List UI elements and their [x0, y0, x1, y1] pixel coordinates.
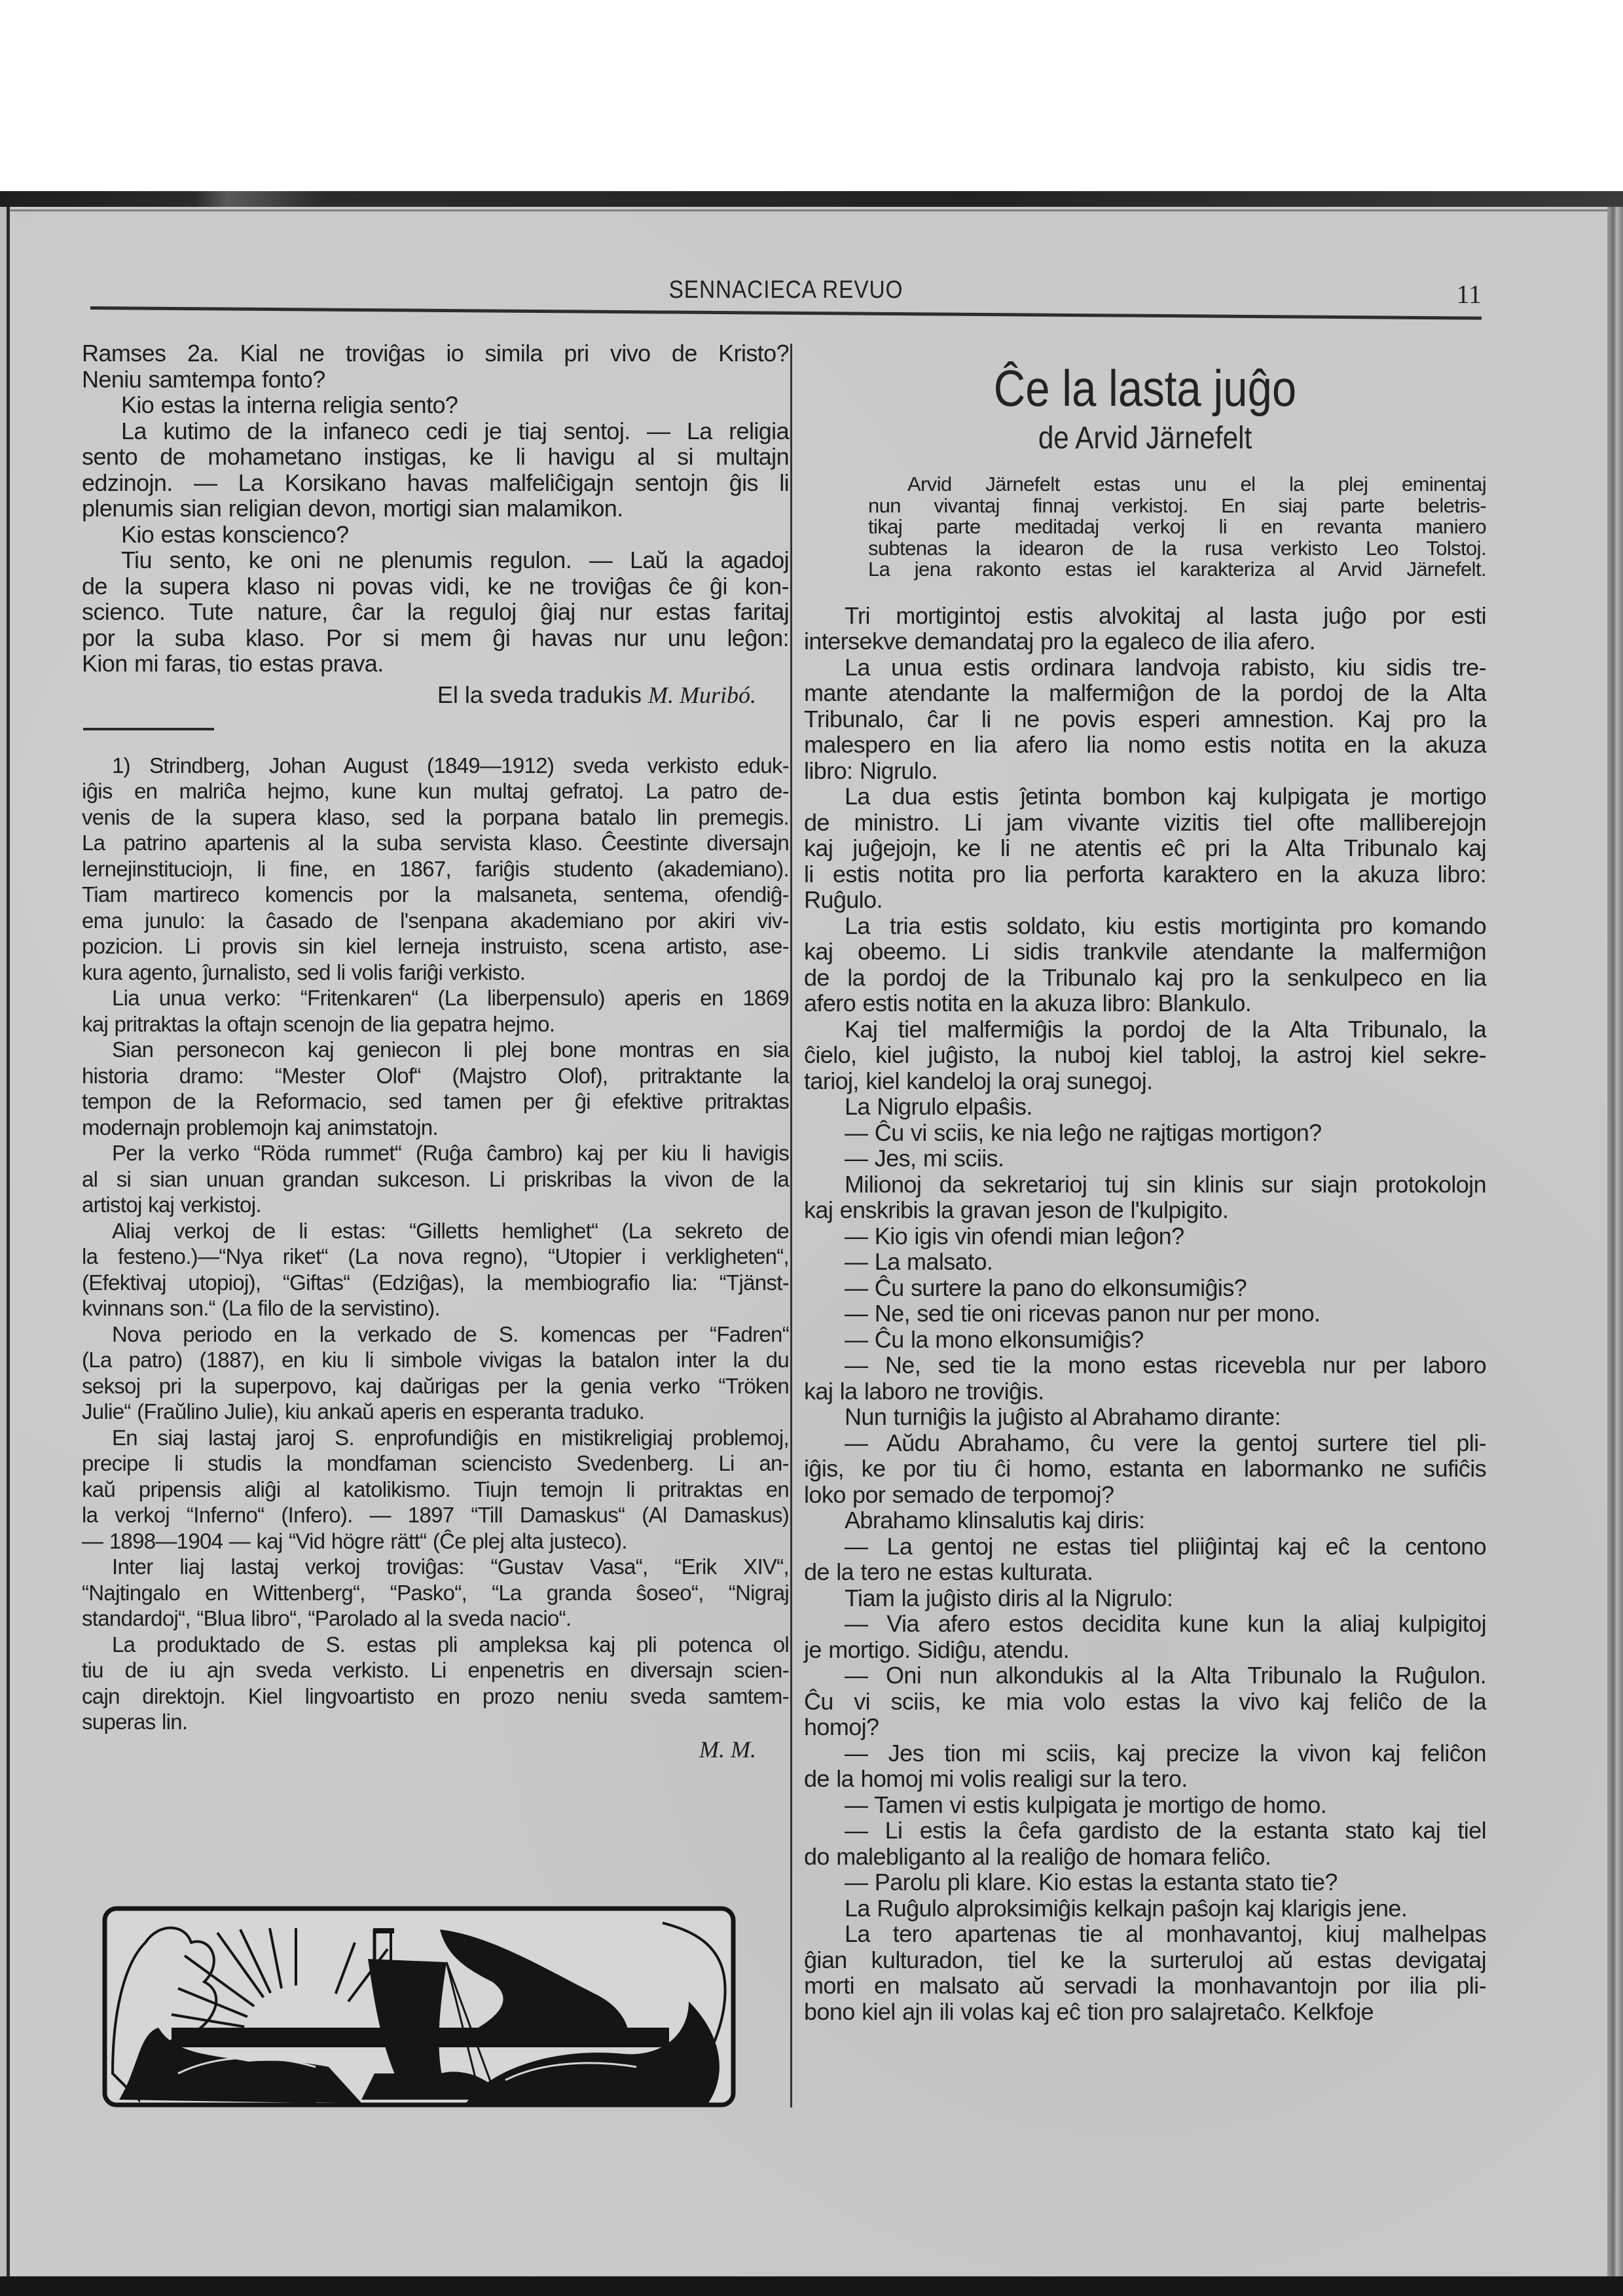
paragraph: — Ĉu la mono elkonsumiĝis?: [804, 1327, 1486, 1353]
text-line: pozicion. Li provis sin kiel lerneja ins…: [82, 933, 789, 960]
text-line: La tero apartenas tie al monhavantoj, ki…: [804, 1921, 1486, 1947]
text-line: — 1898—1904 — kaj “Vid högre rätt“ (Ĉe p…: [82, 1528, 789, 1554]
text-line: — Kio igis vin ofendi mian leĝon?: [804, 1223, 1486, 1249]
text-line: (Efektivaj utopioj), “Giftas“ (Edziĝas),…: [82, 1270, 789, 1296]
text-line: bono kiel ajn ili volas kaj eĉ tion pro …: [804, 1999, 1486, 2025]
text-line: ĉielo, kiel juĝisto, la nuboj kiel tablo…: [804, 1042, 1486, 1068]
text-line: cajn direktojn. Kiel lingvoartisto en pr…: [82, 1683, 789, 1710]
intro-line: tikaj parte meditadaj verkoj li en revan…: [868, 516, 1486, 538]
page-top-edge: [10, 209, 1607, 211]
text-line: La kutimo de la infaneco cedi je tiaj se…: [82, 418, 789, 444]
text-line: En siaj lastaj jaroj S. enprofundiĝis en…: [82, 1425, 789, 1451]
paragraph: Milionoj da sekretarioj tuj sin klinis s…: [804, 1172, 1486, 1223]
text-line: “Najtingalo en Wittenberg“, “Pasko“, “La…: [82, 1580, 789, 1606]
text-line: — Via afero estos decidita kune kun la a…: [804, 1611, 1486, 1637]
paragraph: Abrahamo klinsalutis kaj diris:: [804, 1507, 1486, 1534]
paragraph: Kaj tiel malfermiĝis la pordoj de la Alt…: [804, 1016, 1486, 1094]
text-line: venis de la supera klaso, sed la porpana…: [82, 804, 789, 831]
story-introduction: Arvid Järnefelt estas unu el la plej emi…: [868, 474, 1486, 581]
text-line: kaŭ pripensis aliĝi al katolikismo. Tiuj…: [82, 1477, 789, 1503]
paragraph: La produktado de S. estas pli ampleksa k…: [82, 1632, 789, 1735]
text-line: Kaj tiel malfermiĝis la pordoj de la Alt…: [804, 1016, 1486, 1043]
text-line: — La gentoj ne estas tiel pliiĝintaj kaj…: [804, 1534, 1486, 1560]
text-line: Per la verko “Röda rummet“ (Ruĝa ĉambro)…: [82, 1140, 789, 1166]
text-line: Tiu sento, ke oni ne plenumis regulon. —…: [82, 547, 789, 573]
paragraph: — Oni nun alkondukis al la Alta Tribunal…: [804, 1662, 1486, 1740]
text-line: de la tero ne estas kulturata.: [804, 1559, 1486, 1585]
paragraph: — Ĉu surtere la pano do elkonsumiĝis?: [804, 1275, 1486, 1301]
text-line: standardoj“, “Blua libro“, “Parolado al …: [82, 1605, 789, 1632]
paragraph: Tiu sento, ke oni ne plenumis regulon. —…: [82, 547, 789, 677]
paragraph: Aliaj verkoj de li estas: “Gilletts heml…: [82, 1218, 789, 1321]
story-author: de Arvid Järnefelt: [845, 420, 1446, 457]
text-line: ĝian kulturadon, tiel ke la surteruloj a…: [804, 1947, 1486, 1973]
text-line: do malebliganto al la realiĝo de homara …: [804, 1844, 1486, 1870]
text-line: — Li estis la ĉefa gardisto de la estant…: [804, 1818, 1486, 1844]
text-line: Sian personecon kaj geniecon li plej bon…: [82, 1037, 789, 1063]
text-line: de la pordoj de la Tribunalo kaj pro la …: [804, 965, 1486, 991]
page-number: 11: [1456, 279, 1482, 310]
text-line: — Tamen vi estis kulpigata je mortigo de…: [804, 1792, 1486, 1818]
text-line: kura agento, ĵurnalisto, sed li volis fa…: [82, 960, 789, 986]
footnote-separator: [83, 728, 214, 730]
text-line: — Ĉu vi sciis, ke nia leĝo ne rajtigas m…: [804, 1120, 1486, 1146]
translator-prefix: El la sveda tradukis: [437, 681, 642, 708]
text-line: — Ne, sed tie oni ricevas panon nur per …: [804, 1300, 1486, 1327]
sailing-ship-woodcut-icon: [100, 1903, 744, 2113]
text-line: kaj la laboro ne troviĝis.: [804, 1378, 1486, 1405]
text-line: La produktado de S. estas pli ampleksa k…: [82, 1632, 789, 1658]
page-right-edge: [1607, 207, 1623, 2276]
paragraph: — Aŭdu Abrahamo, ĉu vere la gentoj surte…: [804, 1430, 1486, 1508]
text-line: lernejinstituciojn, li fine, en 1867, fa…: [82, 856, 789, 882]
text-line: kaj juĝejojn, ke li ne atentis eĉ pri la…: [804, 835, 1486, 861]
text-line: kaj obeemo. Li sidis trankvile atendante…: [804, 939, 1486, 965]
paragraph: — Tamen vi estis kulpigata je mortigo de…: [804, 1792, 1486, 1818]
strindberg-story-ending: Ramses 2a. Kial ne troviĝas io simila pr…: [82, 340, 789, 677]
paragraph: — Kio igis vin ofendi mian leĝon?: [804, 1223, 1486, 1249]
text-line: Ruĝulo.: [804, 887, 1486, 913]
text-line: je mortigo. Sidiĝu, atendu.: [804, 1637, 1486, 1663]
text-line: Tiam la juĝisto diris al la Nigrulo:: [804, 1585, 1486, 1611]
paragraph: — Via afero estos decidita kune kun la a…: [804, 1611, 1486, 1662]
paragraph: — La malsato.: [804, 1249, 1486, 1275]
paragraph: — Li estis la ĉefa gardisto de la estant…: [804, 1818, 1486, 1869]
text-line: — Ĉu la mono elkonsumiĝis?: [804, 1327, 1486, 1353]
text-line: intersekve demandataj pro la egaleco de …: [804, 628, 1486, 655]
text-line: loko por semado de terpomoj?: [804, 1482, 1486, 1508]
text-line: ema junulo: la ĉasado de l'senpana akade…: [82, 908, 789, 934]
intro-line: La jena rakonto estas iel karakteriza al…: [868, 559, 1486, 581]
text-line: — Ĉu surtere la pano do elkonsumiĝis?: [804, 1275, 1486, 1301]
text-line: Nun turniĝis la juĝisto al Abrahamo dira…: [804, 1404, 1486, 1430]
text-line: La Nigrulo elpaŝis.: [804, 1094, 1486, 1120]
text-line: Aliaj verkoj de li estas: “Gilletts heml…: [82, 1218, 789, 1244]
intro-line: nun vivantaj finnaj verkistoj. En siaj p…: [868, 495, 1486, 517]
paragraph: — Jes, mi sciis.: [804, 1145, 1486, 1172]
text-line: Kion mi faras, tio estas prava.: [82, 651, 789, 677]
left-column: Ramses 2a. Kial ne troviĝas io simila pr…: [82, 340, 789, 1763]
text-line: scienco. Tute nature, ĉar la reguloj ĝia…: [82, 599, 789, 625]
text-line: la festeno.)—“Nya riket“ (La nova regno)…: [82, 1244, 789, 1270]
paragraph: — Ĉu vi sciis, ke nia leĝo ne rajtigas m…: [804, 1120, 1486, 1146]
text-line: artistoj kaj verkistoj.: [82, 1192, 789, 1218]
paragraph: La Ruĝulo alproksimiĝis kelkajn paŝojn k…: [804, 1895, 1486, 1922]
text-line: Kio estas konscienco?: [82, 522, 789, 548]
text-line: Milionoj da sekretarioj tuj sin klinis s…: [804, 1172, 1486, 1198]
text-line: homoj?: [804, 1714, 1486, 1740]
scan-border-bottom: [0, 2276, 1623, 2296]
text-line: Tiam martireco komencis por la malsaneta…: [82, 882, 789, 908]
paragraph: La kutimo de la infaneco cedi je tiaj se…: [82, 418, 789, 522]
text-line: morti en malsato aŭ servadi la monhavant…: [804, 1973, 1486, 1999]
text-line: edzinojn. — La Korsikano havas malfeliĉi…: [82, 470, 789, 496]
text-line: mante atendante la malfermiĝon de la por…: [804, 680, 1486, 706]
text-line: kaj enskribis la gravan jeson de l'kulpi…: [804, 1197, 1486, 1223]
paragraph: — Ne, sed tie oni ricevas panon nur per …: [804, 1300, 1486, 1327]
paragraph: Ramses 2a. Kial ne troviĝas io simila pr…: [82, 340, 789, 392]
story-title: Ĉe la lasta juĝo: [852, 359, 1438, 418]
text-line: La patrino apartenis al la suba servista…: [82, 830, 789, 856]
text-line: — Aŭdu Abrahamo, ĉu vere la gentoj surte…: [804, 1430, 1486, 1456]
intro-line: subtenas la idearon de la rusa verkisto …: [868, 538, 1486, 560]
text-line: al si sian unuan grandan sukceson. Li pr…: [82, 1166, 789, 1193]
text-line: de ministro. Li jam vivante vizitis tiel…: [804, 810, 1486, 836]
text-line: de la homoj mi volis realigi sur la tero…: [804, 1766, 1486, 1792]
text-line: iĝis, ke por tiu ĉi homo, estanta en lab…: [804, 1456, 1486, 1482]
text-line: sento de mohametano instigas, ke li havi…: [82, 444, 789, 470]
text-line: Abrahamo klinsalutis kaj diris:: [804, 1507, 1486, 1534]
paragraph: La tero apartenas tie al monhavantoj, ki…: [804, 1921, 1486, 2024]
intro-line: Arvid Järnefelt estas unu el la plej emi…: [868, 474, 1486, 495]
paragraph: Lia unua verko: “Fritenkaren“ (La liberp…: [82, 985, 789, 1037]
paragraph: Inter liaj lastaj verkoj troviĝas: “Gust…: [82, 1554, 789, 1632]
column-divider: [790, 344, 792, 2108]
paragraph: La dua estis ĵetinta bombon kaj kulpigat…: [804, 783, 1486, 913]
paragraph: Per la verko “Röda rummet“ (Ruĝa ĉambro)…: [82, 1140, 789, 1218]
paragraph: La unua estis ordinara landvoja rabisto,…: [804, 655, 1486, 784]
strindberg-biography-footnote: 1) Strindberg, Johan August (1849—1912) …: [82, 753, 789, 1735]
paragraph: 1) Strindberg, Johan August (1849—1912) …: [82, 753, 789, 986]
text-line: (La patro) (1887), en kiu li simbole viv…: [82, 1347, 789, 1373]
paragraph: Nun turniĝis la juĝisto al Abrahamo dira…: [804, 1404, 1486, 1430]
text-line: La unua estis ordinara landvoja rabisto,…: [804, 655, 1486, 681]
text-line: Ramses 2a. Kial ne troviĝas io simila pr…: [82, 340, 789, 367]
text-line: Tri mortigintoj estis alvokitaj al lasta…: [804, 603, 1486, 629]
text-line: kaj pritraktas la oftajn scenojn de lia …: [82, 1011, 789, 1037]
text-line: — Oni nun alkondukis al la Alta Tribunal…: [804, 1662, 1486, 1689]
text-line: tempon de la Reformacio, sed tamen per ĝ…: [82, 1088, 789, 1115]
paragraph: — Parolu pli klare. Kio estas la estanta…: [804, 1869, 1486, 1895]
paragraph: — La gentoj ne estas tiel pliiĝintaj kaj…: [804, 1534, 1486, 1585]
paragraph: La tria estis soldato, kiu estis mortigi…: [804, 913, 1486, 1016]
text-line: precipe li studis la mondfaman sciencist…: [82, 1450, 789, 1477]
text-line: modernajn problemojn kaj animstatojn.: [82, 1115, 789, 1141]
paragraph: Sian personecon kaj geniecon li plej bon…: [82, 1037, 789, 1140]
text-line: Lia unua verko: “Fritenkaren“ (La liberp…: [82, 985, 789, 1011]
story-body: Tri mortigintoj estis alvokitaj al lasta…: [804, 603, 1486, 2025]
text-line: Neniu samtempa fonto?: [82, 367, 789, 393]
text-line: afero estis notita en la akuza libro: Bl…: [804, 990, 1486, 1016]
text-line: de la supera klaso ni povas vidi, ke ne …: [82, 573, 789, 600]
publication-title: SENNACIECA REVUO: [174, 276, 1398, 304]
text-line: Kio estas la interna religia sento?: [82, 392, 789, 418]
text-line: kvinnans son.“ (La filo de la servistino…: [82, 1295, 789, 1321]
text-line: Julie“ (Fraŭlino Julie), kiu ankaŭ aperi…: [82, 1399, 789, 1425]
text-line: Tribunalo, ĉar li ne povis esperi amnest…: [804, 706, 1486, 732]
text-line: — Parolu pli klare. Kio estas la estanta…: [804, 1869, 1486, 1895]
text-line: por la suba klaso. Por si mem ĝi havas n…: [82, 625, 789, 651]
paragraph: Tiam la juĝisto diris al la Nigrulo:: [804, 1585, 1486, 1611]
previous-page-edge: [0, 207, 10, 2276]
paragraph: Kio estas la interna religia sento?: [82, 392, 789, 418]
text-line: La Ruĝulo alproksimiĝis kelkajn paŝojn k…: [804, 1895, 1486, 1922]
right-column: Ĉe la lasta juĝo de Arvid Järnefelt Arvi…: [804, 340, 1486, 2024]
text-line: tiu de iu ajn sveda verkisto. Li enpenet…: [82, 1657, 789, 1683]
text-line: malespero en lia afero lia nomo estis no…: [804, 732, 1486, 758]
text-line: 1) Strindberg, Johan August (1849—1912) …: [82, 753, 789, 779]
text-line: libro: Nigrulo.: [804, 758, 1486, 784]
text-line: superas lin.: [82, 1709, 789, 1735]
text-line: Nova periodo en la verkado de S. komenca…: [82, 1321, 789, 1348]
translator-name: M. Muribó.: [648, 682, 756, 708]
text-line: La dua estis ĵetinta bombon kaj kulpigat…: [804, 783, 1486, 810]
text-line: la verkoj “Inferno“ (Infero). — 1897 “Ti…: [82, 1502, 789, 1528]
text-line: seksoj pri la superpovo, kaj daŭrigas pe…: [82, 1373, 789, 1399]
text-line: Ĉu vi sciis, ke mia volo estas la vivo k…: [804, 1689, 1486, 1715]
text-line: La tria estis soldato, kiu estis mortigi…: [804, 913, 1486, 939]
text-line: — Jes, mi sciis.: [804, 1145, 1486, 1172]
text-line: plenumis sian religian devon, mortigi si…: [82, 495, 789, 522]
text-line: li estis notita pro lia perforta karakte…: [804, 861, 1486, 888]
footnote-signature: M. M.: [82, 1736, 789, 1763]
text-line: tarioj, kiel kandeloj la oraj sunegoj.: [804, 1068, 1486, 1094]
paragraph: — Ne, sed tie la mono estas ricevebla nu…: [804, 1352, 1486, 1404]
text-line: — Ne, sed tie la mono estas ricevebla nu…: [804, 1352, 1486, 1378]
text-line: — Jes tion mi sciis, kaj precize la vivo…: [804, 1740, 1486, 1767]
paragraph: Nova periodo en la verkado de S. komenca…: [82, 1321, 789, 1425]
paragraph: En siaj lastaj jaroj S. enprofundiĝis en…: [82, 1425, 789, 1554]
text-line: iĝis en malriĉa hejmo, kune kun multaj g…: [82, 778, 789, 804]
paragraph: La Nigrulo elpaŝis.: [804, 1094, 1486, 1120]
text-line: historia dramo: “Mester Olof“ (Majstro O…: [82, 1063, 789, 1089]
translator-credit: El la sveda tradukis M. Muribó.: [82, 682, 789, 708]
text-line: — La malsato.: [804, 1249, 1486, 1275]
running-header: SENNACIECA REVUO 11: [90, 275, 1482, 312]
paragraph: Kio estas konscienco?: [82, 522, 789, 548]
paragraph: — Jes tion mi sciis, kaj precize la vivo…: [804, 1740, 1486, 1792]
text-line: Inter liaj lastaj verkoj troviĝas: “Gust…: [82, 1554, 789, 1580]
paragraph: Tri mortigintoj estis alvokitaj al lasta…: [804, 603, 1486, 655]
